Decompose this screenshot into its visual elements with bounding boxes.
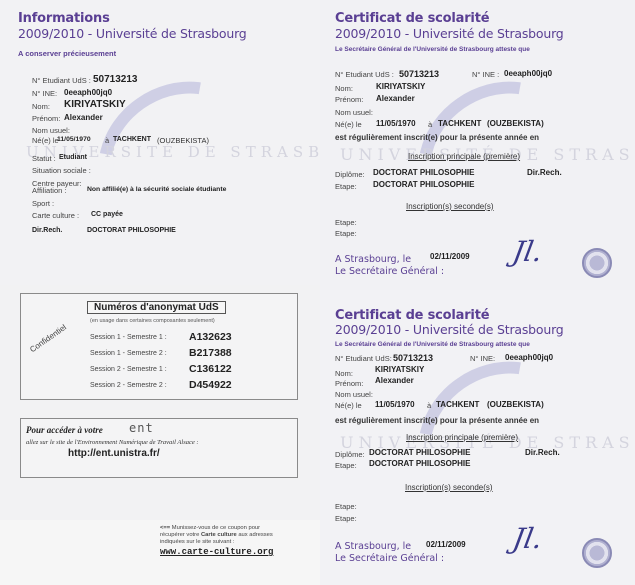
prenom-label: Prénom: bbox=[335, 95, 363, 104]
nom-usuel-label: Nom usuel: bbox=[335, 108, 373, 117]
signature-footer: A Strasbourg, le Le Secrétaire Général : bbox=[335, 254, 444, 278]
etape-3-label: Etape: bbox=[335, 229, 357, 238]
birth-at: à bbox=[428, 120, 432, 129]
info-title: Informations bbox=[18, 11, 110, 26]
birth-place: TACHKENT bbox=[438, 119, 481, 128]
nom: KIRIYATSKIY bbox=[376, 82, 425, 91]
birth-label: Né(e) le bbox=[335, 120, 362, 129]
etape-label: Etape: bbox=[335, 182, 357, 191]
enrolled-statement: est régulièrement inscrit(e) pour la pré… bbox=[335, 133, 539, 142]
signature-icon: Jl. bbox=[510, 522, 545, 555]
certificate-subtitle: 2009/2010 - Université de Strasbourg bbox=[335, 322, 564, 337]
diplome-type: Dir.Rech. bbox=[525, 448, 560, 457]
certificate-title: Certificat de scolarité bbox=[335, 308, 489, 323]
session-code: B217388 bbox=[189, 347, 232, 359]
diplome-label: Diplôme: bbox=[335, 170, 365, 179]
certificate-panel-1: UNIVERSITÉ DE STRASBOURG Certificat de s… bbox=[320, 0, 635, 290]
certificate-panel-2: UNIVERSITÉ DE STRASBOURG Certificat de s… bbox=[320, 290, 635, 585]
student-id: 50713213 bbox=[93, 74, 138, 85]
nom-label: Nom: bbox=[335, 84, 353, 93]
nom-label: Nom: bbox=[335, 369, 353, 378]
coupon-line-2-bold: Carte culture bbox=[201, 532, 237, 538]
carte-culture-coupon: <== Munissez-vous de ce coupon pour récu… bbox=[160, 525, 310, 557]
principal-heading: Inscription principale (première) bbox=[406, 433, 518, 442]
sport-label: Sport : bbox=[32, 199, 54, 208]
session-code: D454922 bbox=[189, 379, 232, 391]
birth-place: TACHKENT bbox=[113, 136, 151, 143]
anonymat-subtitle: (en usage dans certaines composantes seu… bbox=[90, 318, 215, 324]
birth-at: à bbox=[105, 136, 109, 145]
affiliation: Non affilié(e) à la sécurité sociale étu… bbox=[87, 186, 226, 193]
prenom: Alexander bbox=[376, 94, 415, 103]
birth-date: 11/05/1970 bbox=[375, 400, 415, 409]
dir-rech-label: Dir.Rech. bbox=[32, 227, 62, 234]
session-label: Session 1 - Semestre 2 : bbox=[90, 350, 167, 357]
nom-usuel-label: Nom usuel: bbox=[335, 390, 373, 399]
carte-culture: CC payée bbox=[91, 211, 123, 218]
student-id-label: N° Etudiant UdS : bbox=[335, 70, 394, 79]
ine: 0eeaph00jq0 bbox=[505, 353, 553, 362]
etape: DOCTORAT PHILOSOPHIE bbox=[373, 180, 475, 189]
anonymat-box: Numéros d'anonymat UdS (en usage dans ce… bbox=[20, 293, 298, 400]
birth-label: Né(e) le bbox=[335, 401, 362, 410]
session-label: Session 2 - Semestre 1 : bbox=[90, 366, 167, 373]
certificate-date: 02/11/2009 bbox=[430, 252, 470, 261]
etape-2-label: Etape: bbox=[335, 218, 357, 227]
ent-text: allez sur le site de l'Environnement Num… bbox=[26, 439, 199, 446]
informations-panel: UNIVERSITÉ DE STRASBOURG Informations 20… bbox=[0, 0, 320, 285]
prenom: Alexander bbox=[375, 376, 414, 385]
arrow-left-icon: <== bbox=[160, 525, 170, 531]
university-seal-icon bbox=[582, 538, 612, 568]
student-id: 50713213 bbox=[393, 353, 433, 363]
coupon-line-2-post: aux adresses bbox=[238, 532, 272, 538]
birth-country: (OUZBEKISTA) bbox=[487, 400, 544, 409]
nom-label: Nom: bbox=[32, 102, 50, 111]
signatory-label: Le Secrétaire Général : bbox=[335, 266, 444, 278]
session-label: Session 1 - Semestre 1 : bbox=[90, 334, 167, 341]
ine-label: N° INE: bbox=[470, 354, 495, 363]
birth-country: (OUZBEKISTA) bbox=[487, 119, 544, 128]
ine: 0eeaph00jq0 bbox=[504, 69, 552, 78]
certificate-date: 02/11/2009 bbox=[426, 540, 466, 549]
etape-2-label: Etape: bbox=[335, 502, 357, 511]
attest-line: Le Secrétaire Général de l'Université de… bbox=[335, 341, 530, 348]
secondary-heading: Inscription(s) seconde(s) bbox=[406, 202, 494, 211]
carte-culture-label: Carte culture : bbox=[32, 211, 79, 220]
ent-box: Pour accéder à votre ent allez sur le si… bbox=[20, 418, 298, 478]
prenom-label: Prénom: bbox=[335, 379, 363, 388]
birth-place: TACHKENT bbox=[436, 400, 479, 409]
enrolled-statement: est régulièrement inscrit(e) pour la pré… bbox=[335, 416, 539, 425]
diplome-type: Dir.Rech. bbox=[527, 168, 562, 177]
coupon-text: <== Munissez-vous de ce coupon pour récu… bbox=[160, 525, 310, 546]
session-label: Session 2 - Semestre 2 : bbox=[90, 382, 167, 389]
birth-country: (OUZBEKISTA) bbox=[157, 136, 209, 145]
signatory-label: Le Secrétaire Général : bbox=[335, 553, 444, 565]
attest-line: Le Secrétaire Général de l'Université de… bbox=[335, 46, 530, 53]
ent-url-link[interactable]: http://ent.unistra.fr/ bbox=[68, 448, 160, 459]
coupon-line-1: Munissez-vous de ce coupon pour bbox=[172, 525, 260, 531]
secondary-heading: Inscription(s) seconde(s) bbox=[405, 483, 493, 492]
etape-label: Etape: bbox=[335, 461, 357, 470]
carte-culture-link[interactable]: www.carte-culture.org bbox=[160, 547, 310, 557]
statut-label: Statut : bbox=[32, 154, 56, 163]
prenom-label: Prénom: bbox=[32, 114, 60, 123]
ine: 0eeaph00jq0 bbox=[64, 88, 112, 97]
session-code: C136122 bbox=[189, 363, 232, 375]
info-note: A conserver précieusement bbox=[18, 49, 116, 58]
principal-heading: Inscription principale (première) bbox=[408, 152, 520, 161]
confidential-stamp: Confidentiel bbox=[28, 323, 68, 355]
ent-title: Pour accéder à votre bbox=[26, 425, 103, 435]
birth-date: 11/05/1970 bbox=[57, 136, 91, 143]
university-seal-icon bbox=[582, 248, 612, 278]
etape: DOCTORAT PHILOSOPHIE bbox=[369, 459, 471, 468]
prenom: Alexander bbox=[64, 113, 103, 122]
birth-date: 11/05/1970 bbox=[376, 119, 416, 128]
dir-rech: DOCTORAT PHILOSOPHIE bbox=[87, 227, 176, 234]
session-code: A132623 bbox=[189, 331, 232, 343]
anonymat-title: Numéros d'anonymat UdS bbox=[87, 301, 226, 314]
student-id-label: N° Etudiant UdS: bbox=[335, 354, 392, 363]
student-id-label: N° Etudiant UdS : bbox=[32, 76, 91, 85]
etape-3-label: Etape: bbox=[335, 514, 357, 523]
diplome: DOCTORAT PHILOSOPHIE bbox=[369, 448, 471, 457]
info-subtitle: 2009/2010 - Université de Strasbourg bbox=[18, 26, 247, 41]
diplome-label: Diplôme: bbox=[335, 450, 365, 459]
birth-at: à bbox=[427, 401, 431, 410]
affiliation-label: Affiliation : bbox=[32, 186, 66, 195]
ine-label: N° INE: bbox=[32, 89, 57, 98]
statut: Etudiant bbox=[59, 154, 87, 161]
certificate-subtitle: 2009/2010 - Université de Strasbourg bbox=[335, 26, 564, 41]
coupon-line-2-pre: récupérer votre bbox=[160, 532, 199, 538]
ine-label: N° INE : bbox=[472, 70, 499, 79]
signature-icon: Jl. bbox=[510, 235, 545, 268]
nom: KIRIYATSKIY bbox=[375, 365, 424, 374]
nom-usuel-label: Nom usuel: bbox=[32, 126, 70, 135]
ent-logo: ent bbox=[129, 421, 154, 435]
coupon-line-3: indiquées sur le site suivant : bbox=[160, 539, 234, 545]
birth-label: Né(e) le bbox=[32, 136, 59, 145]
diplome: DOCTORAT PHILOSOPHIE bbox=[373, 168, 475, 177]
student-id: 50713213 bbox=[399, 69, 439, 79]
certificate-title: Certificat de scolarité bbox=[335, 11, 489, 26]
place-label: A Strasbourg, le bbox=[335, 254, 444, 266]
situation-label: Situation sociale : bbox=[32, 166, 91, 175]
nom: KIRIYATSKIY bbox=[64, 99, 126, 110]
